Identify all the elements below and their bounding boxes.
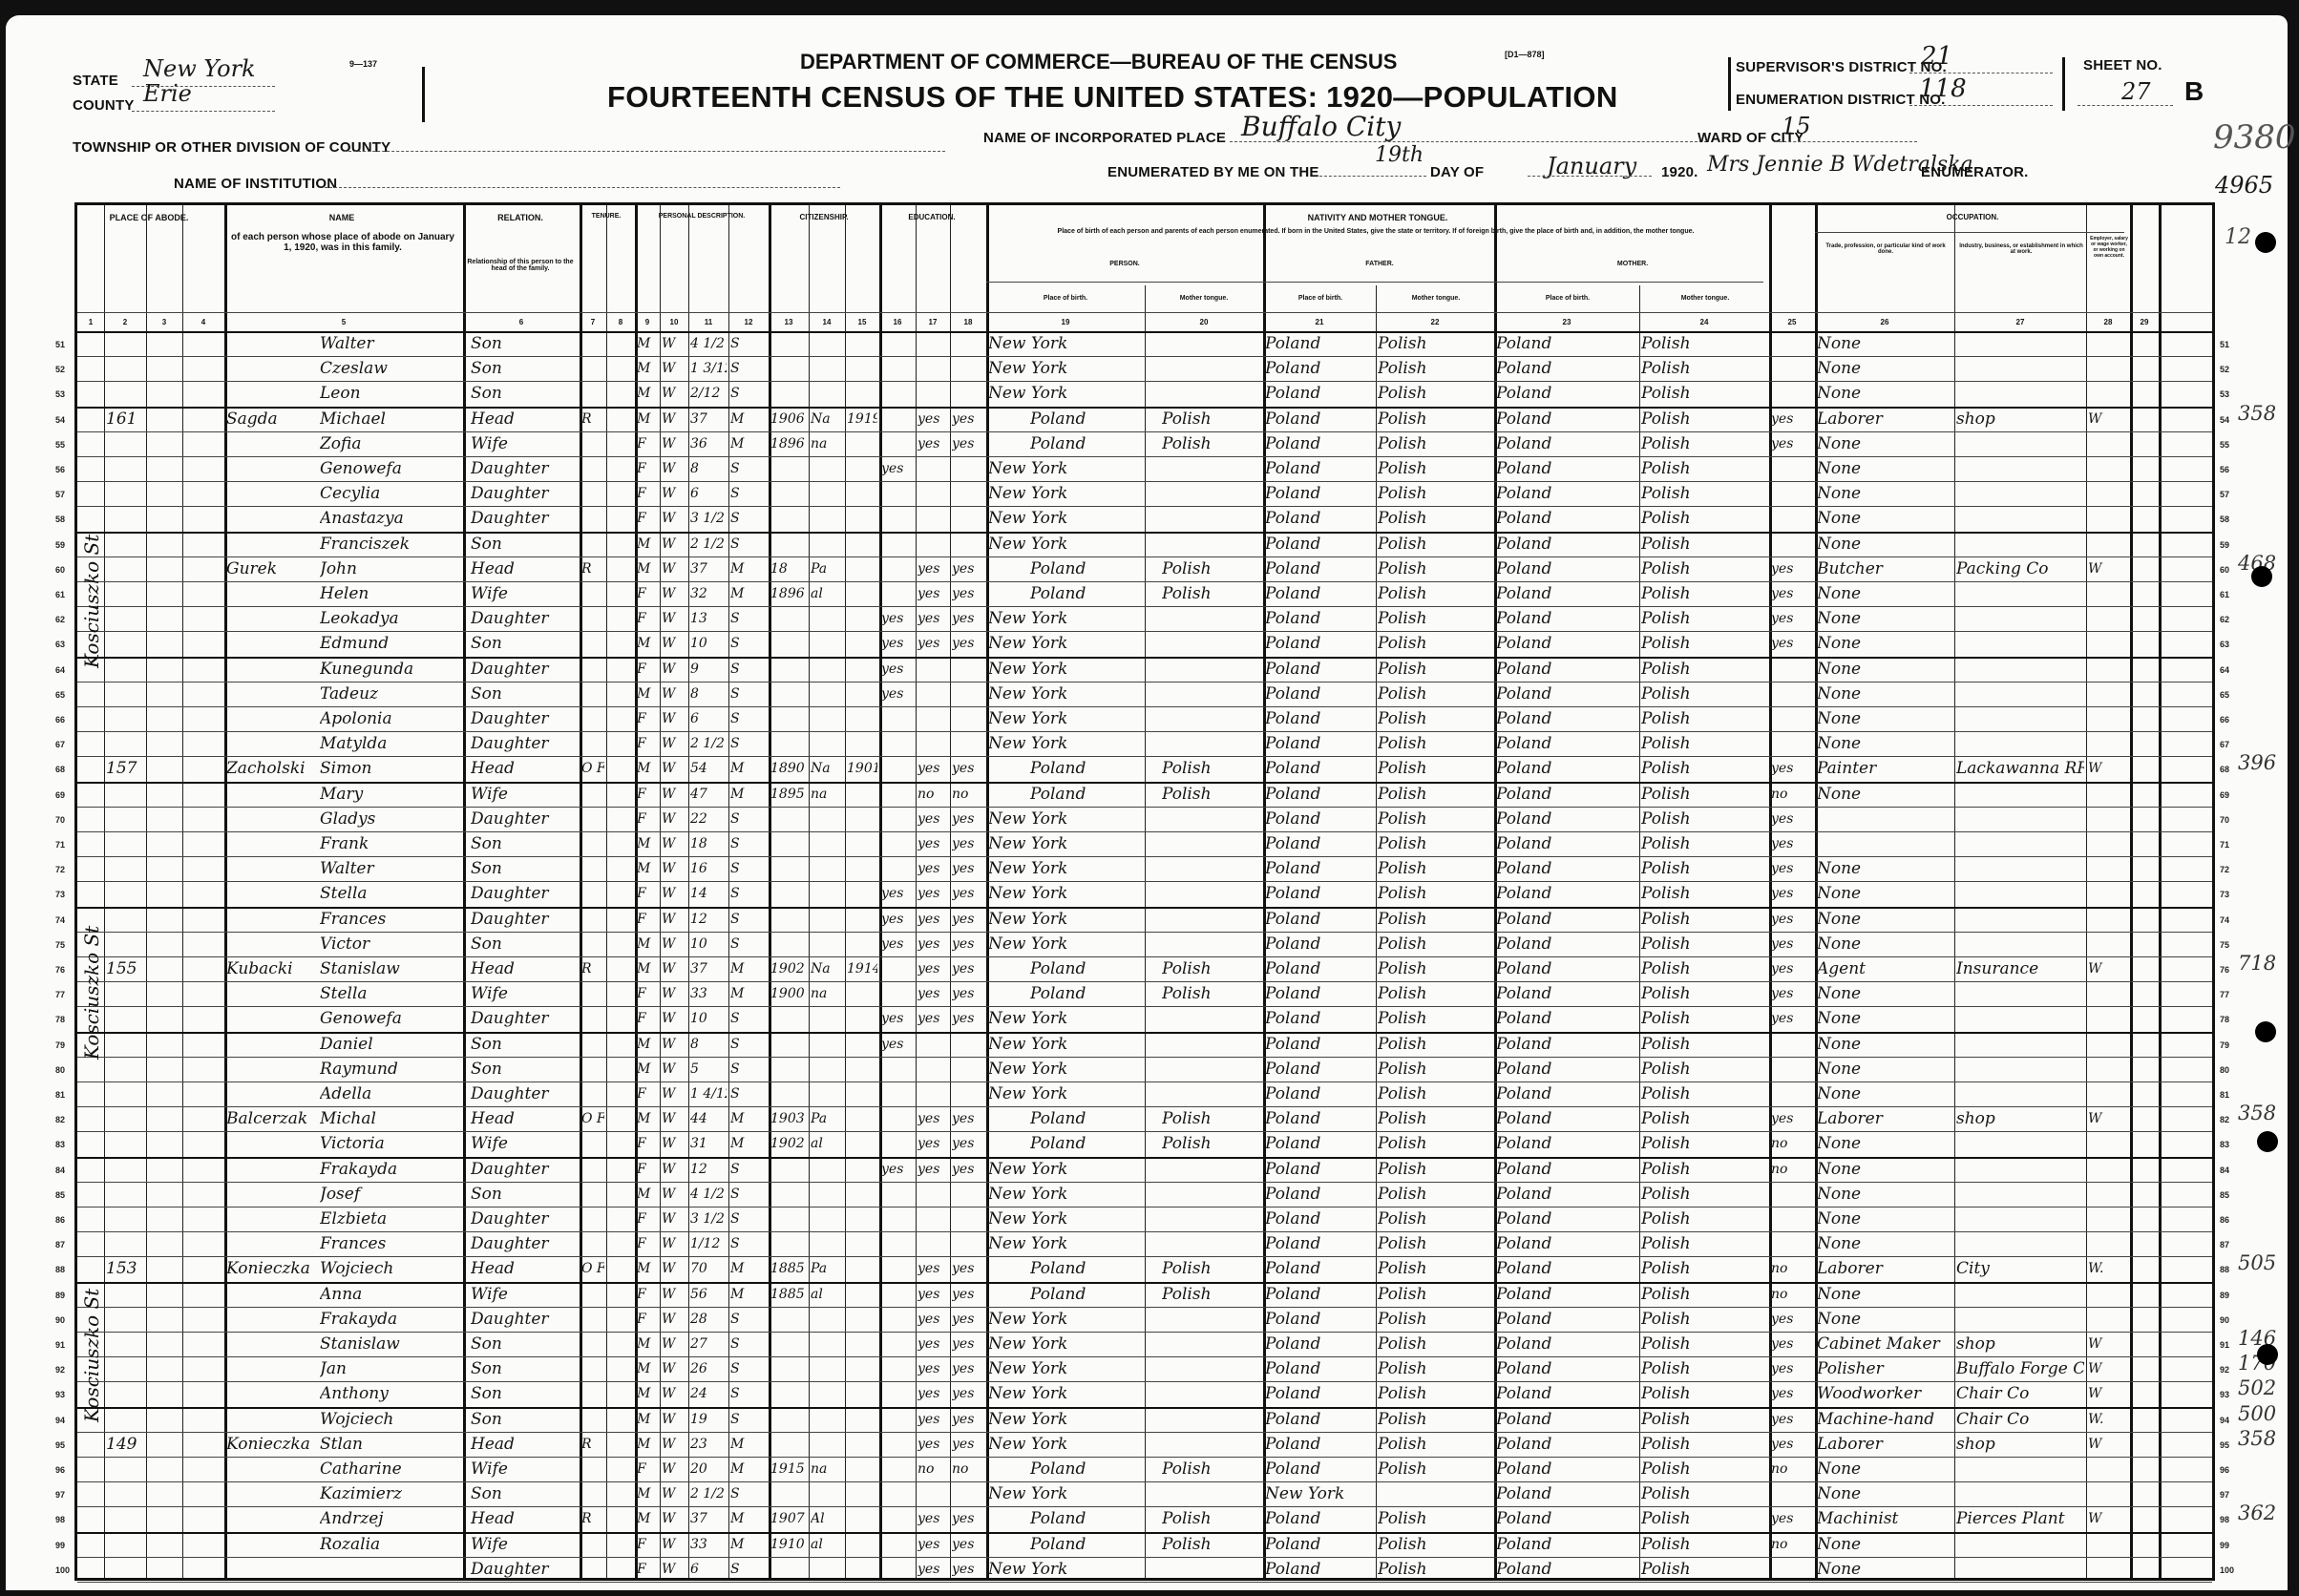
cell-read: no bbox=[917, 1457, 948, 1481]
cell-trade: None bbox=[1817, 1157, 1952, 1182]
cell-given: Cecylia bbox=[320, 481, 461, 506]
cell-marital: S bbox=[730, 1356, 767, 1381]
sheet-line bbox=[2078, 105, 2173, 106]
line-number: 62 bbox=[55, 615, 65, 624]
cell-given: Kazimierz bbox=[320, 1481, 461, 1506]
cell-mtongue: Polish bbox=[1641, 1157, 1767, 1182]
cell-english: no bbox=[1771, 1282, 1813, 1307]
cell-house: 155 bbox=[106, 956, 144, 981]
cell-relation: Wife bbox=[471, 581, 583, 606]
cell-employer: W bbox=[2088, 1332, 2128, 1356]
corner-note-2: 4965 bbox=[2215, 172, 2273, 199]
cell-relation: Head bbox=[471, 1106, 583, 1131]
cell-mtongue: Polish bbox=[1641, 1106, 1767, 1131]
group-name-sub: of each person whose place of abode on J… bbox=[230, 232, 455, 253]
cell-race: W bbox=[662, 606, 686, 631]
margin-note: 500 bbox=[2238, 1402, 2276, 1425]
header-divider bbox=[77, 312, 2212, 313]
subgroup-divider bbox=[1815, 232, 2124, 233]
cell-ftongue: Polish bbox=[1378, 831, 1492, 856]
cell-sex: F bbox=[637, 481, 658, 506]
person-tongue-header: Mother tongue. bbox=[1147, 295, 1261, 302]
cell-race: W bbox=[662, 1356, 686, 1381]
cell-ftongue: Polish bbox=[1378, 1182, 1492, 1207]
line-number: 58 bbox=[55, 514, 65, 524]
line-number: 81 bbox=[55, 1090, 65, 1100]
cell-trade: None bbox=[1817, 981, 1952, 1006]
cell-relation: Head bbox=[471, 407, 583, 431]
line-number: 75 bbox=[2220, 940, 2229, 950]
cell-relation: Son bbox=[471, 856, 583, 881]
cell-fpob: Poland bbox=[1265, 1256, 1374, 1281]
cell-write: yes bbox=[952, 932, 984, 956]
group-nativity: NATIVITY AND MOTHER TONGUE. bbox=[986, 213, 1769, 222]
cell-read: yes bbox=[917, 431, 948, 456]
line-number: 63 bbox=[2220, 640, 2229, 649]
cell-read: yes bbox=[917, 956, 948, 981]
column-divider bbox=[2130, 205, 2133, 1578]
county-value: Erie bbox=[143, 80, 192, 107]
cell-given: Frank bbox=[320, 831, 461, 856]
cell-age: 1 4/12 bbox=[690, 1081, 727, 1106]
column-divider bbox=[1954, 205, 1955, 1578]
cell-surname: Konieczka bbox=[226, 1256, 322, 1281]
census-table: PLACE OF ABODE. NAME of each person whos… bbox=[74, 202, 2215, 1581]
cell-trade: None bbox=[1817, 1532, 1952, 1557]
column-number: 23 bbox=[1494, 318, 1639, 326]
line-number: 77 bbox=[55, 990, 65, 999]
cell-mpob: Poland bbox=[1496, 932, 1637, 956]
day-line bbox=[1319, 176, 1426, 177]
cell-given: Anthony bbox=[320, 1381, 461, 1406]
cell-english: no bbox=[1771, 1157, 1813, 1182]
column-divider bbox=[463, 205, 466, 1578]
cell-age: 16 bbox=[690, 856, 727, 881]
cell-fpob: Poland bbox=[1265, 1182, 1374, 1207]
punch-hole bbox=[2255, 232, 2276, 253]
cell-school: yes bbox=[881, 932, 914, 956]
cell-mtongue: Polish bbox=[1641, 356, 1767, 381]
cell-mpob: Poland bbox=[1496, 431, 1637, 456]
cell-race: W bbox=[662, 506, 686, 531]
cell-fpob: Poland bbox=[1265, 731, 1374, 756]
cell-mtongue: Polish bbox=[1641, 1506, 1767, 1531]
cell-relation: Son bbox=[471, 631, 583, 656]
line-number: 56 bbox=[2220, 465, 2229, 474]
cell-relation: Head bbox=[471, 756, 583, 781]
cell-mpob: Poland bbox=[1496, 631, 1637, 656]
cell-house: 149 bbox=[106, 1432, 144, 1457]
cell-sex: F bbox=[637, 581, 658, 606]
line-number: 96 bbox=[2220, 1465, 2229, 1475]
cell-sex: M bbox=[637, 1106, 658, 1131]
cell-read: yes bbox=[917, 756, 948, 781]
cell-english: yes bbox=[1771, 1106, 1813, 1131]
column-number: 26 bbox=[1815, 318, 1954, 326]
cell-race: W bbox=[662, 782, 686, 807]
cell-mpob: Poland bbox=[1496, 1432, 1637, 1457]
cell-read: yes bbox=[917, 556, 948, 581]
cell-sex: M bbox=[637, 856, 658, 881]
cell-mpob: Poland bbox=[1496, 1131, 1637, 1156]
cell-sex: M bbox=[637, 1256, 658, 1281]
cell-pob: New York bbox=[988, 807, 1143, 831]
cell-pob: New York bbox=[988, 381, 1143, 406]
line-number: 69 bbox=[55, 790, 65, 800]
enumerator-label: ENUMERATOR. bbox=[1921, 164, 2028, 180]
cell-marital: S bbox=[730, 907, 767, 932]
cell-marital: S bbox=[730, 1006, 767, 1031]
cell-trade: None bbox=[1817, 1481, 1952, 1506]
cell-trade: None bbox=[1817, 1131, 1952, 1156]
cell-mpob: Poland bbox=[1496, 756, 1637, 781]
group-relation-sub: Relationship of this person to the head … bbox=[467, 259, 574, 272]
cell-given: Josef bbox=[320, 1182, 461, 1207]
column-number: 20 bbox=[1145, 318, 1263, 326]
cell-ftongue: Polish bbox=[1378, 1506, 1492, 1531]
cell-sex: F bbox=[637, 807, 658, 831]
punch-hole bbox=[2257, 1344, 2278, 1365]
cell-mtongue: Polish bbox=[1641, 682, 1767, 706]
cell-industry: Chair Co bbox=[1956, 1407, 2084, 1432]
cell-trade: Laborer bbox=[1817, 1432, 1952, 1457]
cell-write: yes bbox=[952, 1106, 984, 1131]
cell-nat: na bbox=[811, 431, 843, 456]
cell-race: W bbox=[662, 481, 686, 506]
cell-relation: Daughter bbox=[471, 1557, 583, 1582]
cell-trade: None bbox=[1817, 682, 1952, 706]
line-number: 88 bbox=[2220, 1265, 2229, 1274]
line-number: 55 bbox=[55, 440, 65, 450]
cell-age: 18 bbox=[690, 831, 727, 856]
cell-ftongue: Polish bbox=[1378, 407, 1492, 431]
cell-trade: None bbox=[1817, 1182, 1952, 1207]
cell-given: Anastazya bbox=[320, 506, 461, 531]
cell-read: yes bbox=[917, 1432, 948, 1457]
cell-mpob: Poland bbox=[1496, 981, 1637, 1006]
group-citizenship: CITIZENSHIP. bbox=[770, 213, 877, 221]
column-number: 7 bbox=[580, 318, 606, 326]
cell-age: 5 bbox=[690, 1057, 727, 1081]
cell-english: yes bbox=[1771, 1432, 1813, 1457]
cell-nat: Pa bbox=[811, 556, 843, 581]
cell-age: 37 bbox=[690, 1506, 727, 1531]
cell-school: yes bbox=[881, 606, 914, 631]
line-number: 89 bbox=[2220, 1291, 2229, 1300]
cell-mpob: Poland bbox=[1496, 907, 1637, 932]
line-number: 92 bbox=[55, 1365, 65, 1375]
cell-marital: S bbox=[730, 481, 767, 506]
cell-relation: Son bbox=[471, 1407, 583, 1432]
cell-write: yes bbox=[952, 807, 984, 831]
cell-age: 36 bbox=[690, 431, 727, 456]
cell-marital: M bbox=[730, 1432, 767, 1457]
cell-trade: None bbox=[1817, 932, 1952, 956]
mother-tongue-header: Mother tongue. bbox=[1641, 295, 1769, 302]
line-number: 71 bbox=[55, 840, 65, 850]
cell-mpob: Poland bbox=[1496, 1256, 1637, 1281]
cell-marital: M bbox=[730, 1256, 767, 1281]
cell-marital: S bbox=[730, 856, 767, 881]
cell-given: Frances bbox=[320, 1231, 461, 1256]
cell-nat: Na bbox=[811, 756, 843, 781]
cell-relation: Daughter bbox=[471, 731, 583, 756]
cell-age: 3 1/2 bbox=[690, 1207, 727, 1231]
cell-race: W bbox=[662, 856, 686, 881]
cell-fpob: Poland bbox=[1265, 1332, 1374, 1356]
column-number: 25 bbox=[1769, 318, 1815, 326]
cell-nat: Na bbox=[811, 407, 843, 431]
cell-fpob: Poland bbox=[1265, 682, 1374, 706]
margin-note: 396 bbox=[2238, 751, 2276, 774]
cell-read: yes bbox=[917, 831, 948, 856]
cell-marital: S bbox=[730, 932, 767, 956]
cell-sex: M bbox=[637, 1381, 658, 1406]
cell-sex: M bbox=[637, 1057, 658, 1081]
cell-mpob: Poland bbox=[1496, 1006, 1637, 1031]
cell-english: no bbox=[1771, 782, 1813, 807]
margin-note: 358 bbox=[2238, 1427, 2276, 1450]
cell-trade: None bbox=[1817, 1231, 1952, 1256]
cell-read: yes bbox=[917, 1157, 948, 1182]
cell-marital: S bbox=[730, 881, 767, 906]
cell-sex: M bbox=[637, 1182, 658, 1207]
line-number: 74 bbox=[2220, 915, 2229, 925]
cell-surname: Konieczka bbox=[226, 1432, 322, 1457]
cell-mpob: Poland bbox=[1496, 1381, 1637, 1406]
cell-mtongue: Polish bbox=[1641, 1532, 1767, 1557]
cell-employer: W bbox=[2088, 556, 2128, 581]
cell-relation: Daughter bbox=[471, 1307, 583, 1332]
column-number: 19 bbox=[986, 318, 1145, 326]
cell-employer: W bbox=[2088, 407, 2128, 431]
cell-ftongue: Polish bbox=[1378, 581, 1492, 606]
column-number: 9 bbox=[635, 318, 660, 326]
cell-write: yes bbox=[952, 1356, 984, 1381]
ward-value: 15 bbox=[1782, 113, 1811, 139]
cell-trade: None bbox=[1817, 856, 1952, 881]
cell-ftongue: Polish bbox=[1378, 657, 1492, 682]
line-number: 81 bbox=[2220, 1090, 2229, 1100]
cell-age: 70 bbox=[690, 1256, 727, 1281]
cell-fpob: Poland bbox=[1265, 1006, 1374, 1031]
cell-relation: Daughter bbox=[471, 481, 583, 506]
cell-mpob: Poland bbox=[1496, 532, 1637, 556]
cell-relation: Daughter bbox=[471, 907, 583, 932]
line-number: 98 bbox=[55, 1515, 65, 1524]
cell-age: 13 bbox=[690, 606, 727, 631]
cell-write: no bbox=[952, 782, 984, 807]
cell-relation: Head bbox=[471, 1432, 583, 1457]
column-number: 21 bbox=[1263, 318, 1376, 326]
cell-read: yes bbox=[917, 881, 948, 906]
cell-mtongue: Polish bbox=[1641, 1032, 1767, 1057]
column-divider bbox=[809, 205, 810, 1578]
cell-read: yes bbox=[917, 1307, 948, 1332]
cell-mtongue: Polish bbox=[1641, 956, 1767, 981]
cell-ftongue: Polish bbox=[1378, 682, 1492, 706]
cell-trade: None bbox=[1817, 331, 1952, 356]
cell-read: yes bbox=[917, 1282, 948, 1307]
cell-mtongue: Polish bbox=[1641, 1131, 1767, 1156]
margin-note: 362 bbox=[2238, 1501, 2276, 1524]
cell-english: no bbox=[1771, 1256, 1813, 1281]
line-number: 70 bbox=[55, 815, 65, 825]
cell-tongue: Polish bbox=[1162, 1282, 1276, 1307]
cell-given: Raymund bbox=[320, 1057, 461, 1081]
column-divider bbox=[104, 205, 105, 1578]
cell-age: 32 bbox=[690, 581, 727, 606]
cell-english: yes bbox=[1771, 956, 1813, 981]
cell-mtongue: Polish bbox=[1641, 756, 1767, 781]
cell-write: yes bbox=[952, 1506, 984, 1531]
cell-age: 28 bbox=[690, 1307, 727, 1332]
column-divider bbox=[916, 205, 917, 1578]
cell-relation: Head bbox=[471, 1506, 583, 1531]
cell-fpob: Poland bbox=[1265, 381, 1374, 406]
cell-race: W bbox=[662, 1381, 686, 1406]
line-number: 65 bbox=[55, 690, 65, 700]
cell-school: yes bbox=[881, 657, 914, 682]
cell-surname: Balcerzak bbox=[226, 1106, 322, 1131]
cell-mtongue: Polish bbox=[1641, 456, 1767, 481]
cell-mtongue: Polish bbox=[1641, 1557, 1767, 1582]
district-bracket-right bbox=[2062, 57, 2065, 111]
place-line bbox=[1230, 141, 1707, 142]
line-number: 100 bbox=[55, 1565, 70, 1575]
cell-tenure: O F bbox=[581, 756, 604, 781]
cell-given: Frakayda bbox=[320, 1157, 461, 1182]
cell-relation: Son bbox=[471, 381, 583, 406]
form-code: 9—137 bbox=[349, 59, 377, 69]
cell-pob: New York bbox=[988, 481, 1143, 506]
column-number: 6 bbox=[463, 318, 580, 326]
cell-surname: Sagda bbox=[226, 407, 322, 431]
cell-pob: New York bbox=[988, 1081, 1143, 1106]
cell-relation: Son bbox=[471, 1057, 583, 1081]
line-number: 74 bbox=[55, 915, 65, 925]
cell-race: W bbox=[662, 881, 686, 906]
cell-english: yes bbox=[1771, 407, 1813, 431]
column-number: 14 bbox=[809, 318, 845, 326]
cell-read: yes bbox=[917, 1131, 948, 1156]
cell-age: 33 bbox=[690, 981, 727, 1006]
cell-trade: None bbox=[1817, 431, 1952, 456]
punch-hole bbox=[2257, 1131, 2278, 1152]
cell-mpob: Poland bbox=[1496, 606, 1637, 631]
cell-age: 37 bbox=[690, 956, 727, 981]
cell-relation: Son bbox=[471, 1381, 583, 1406]
cell-marital: M bbox=[730, 1282, 767, 1307]
cell-trade: None bbox=[1817, 1457, 1952, 1481]
cell-marital: S bbox=[730, 381, 767, 406]
cell-read: yes bbox=[917, 1356, 948, 1381]
line-number: 61 bbox=[2220, 590, 2229, 599]
cell-race: W bbox=[662, 1282, 686, 1307]
cell-sex: M bbox=[637, 381, 658, 406]
row-divider bbox=[77, 1582, 2212, 1583]
cell-sex: M bbox=[637, 1032, 658, 1057]
cell-english: yes bbox=[1771, 981, 1813, 1006]
cell-marital: M bbox=[730, 431, 767, 456]
street-name-label: Kosciuszko St bbox=[80, 535, 103, 668]
line-number: 51 bbox=[2220, 340, 2229, 349]
line-number: 62 bbox=[2220, 615, 2229, 624]
cell-pob: New York bbox=[988, 932, 1143, 956]
cell-given: Michael bbox=[320, 407, 461, 431]
cell-mtongue: Polish bbox=[1641, 831, 1767, 856]
cell-pob: New York bbox=[988, 1557, 1143, 1582]
line-number: 66 bbox=[55, 715, 65, 724]
cell-write: yes bbox=[952, 1432, 984, 1457]
cell-trade: None bbox=[1817, 1307, 1952, 1332]
cell-age: 6 bbox=[690, 481, 727, 506]
cell-given: Stlan bbox=[320, 1432, 461, 1457]
cell-mtongue: Polish bbox=[1641, 556, 1767, 581]
cell-trade: None bbox=[1817, 481, 1952, 506]
cell-age: 27 bbox=[690, 1332, 727, 1356]
line-number: 95 bbox=[2220, 1440, 2229, 1450]
cell-pob: New York bbox=[988, 1207, 1143, 1231]
cell-tongue: Polish bbox=[1162, 1457, 1276, 1481]
group-place-of-abode: PLACE OF ABODE. bbox=[77, 213, 221, 222]
cell-school: yes bbox=[881, 1006, 914, 1031]
cell-english: yes bbox=[1771, 807, 1813, 831]
cell-relation: Son bbox=[471, 356, 583, 381]
cell-pob: New York bbox=[988, 1231, 1143, 1256]
cell-trade: None bbox=[1817, 782, 1952, 807]
cell-write: yes bbox=[952, 407, 984, 431]
cell-write: yes bbox=[952, 631, 984, 656]
cell-relation: Daughter bbox=[471, 1157, 583, 1182]
cell-mpob: Poland bbox=[1496, 731, 1637, 756]
margin-note: 358 bbox=[2238, 1102, 2276, 1124]
cell-trade: None bbox=[1817, 657, 1952, 682]
cell-pob: New York bbox=[988, 831, 1143, 856]
cell-race: W bbox=[662, 981, 686, 1006]
cell-given: Wojciech bbox=[320, 1407, 461, 1432]
cell-english: yes bbox=[1771, 932, 1813, 956]
line-number: 77 bbox=[2220, 990, 2229, 999]
cell-fpob: Poland bbox=[1265, 1381, 1374, 1406]
district-bracket-left bbox=[1728, 57, 1731, 111]
group-father: FATHER. bbox=[1265, 261, 1494, 267]
cell-relation: Head bbox=[471, 556, 583, 581]
employer-header: Employer, salary or wage worker, or work… bbox=[2088, 236, 2130, 259]
cell-age: 31 bbox=[690, 1131, 727, 1156]
cell-mpob: Poland bbox=[1496, 956, 1637, 981]
cell-house: 161 bbox=[106, 407, 144, 431]
line-number: 97 bbox=[2220, 1490, 2229, 1500]
cell-sex: F bbox=[637, 731, 658, 756]
cell-marital: S bbox=[730, 532, 767, 556]
cell-mtongue: Polish bbox=[1641, 731, 1767, 756]
cell-race: W bbox=[662, 1207, 686, 1231]
cell-age: 1/12 bbox=[690, 1231, 727, 1256]
column-number: 29 bbox=[2130, 318, 2159, 326]
cell-sex: F bbox=[637, 1457, 658, 1481]
cell-race: W bbox=[662, 657, 686, 682]
cell-relation: Daughter bbox=[471, 1006, 583, 1031]
cell-trade: Agent bbox=[1817, 956, 1952, 981]
cell-trade: None bbox=[1817, 606, 1952, 631]
line-number: 55 bbox=[2220, 440, 2229, 450]
cell-read: yes bbox=[917, 1106, 948, 1131]
cell-tenure: O F bbox=[581, 1256, 604, 1281]
cell-tenure: R bbox=[581, 1506, 604, 1531]
cell-mpob: Poland bbox=[1496, 1157, 1637, 1182]
cell-tongue: Polish bbox=[1162, 1532, 1276, 1557]
